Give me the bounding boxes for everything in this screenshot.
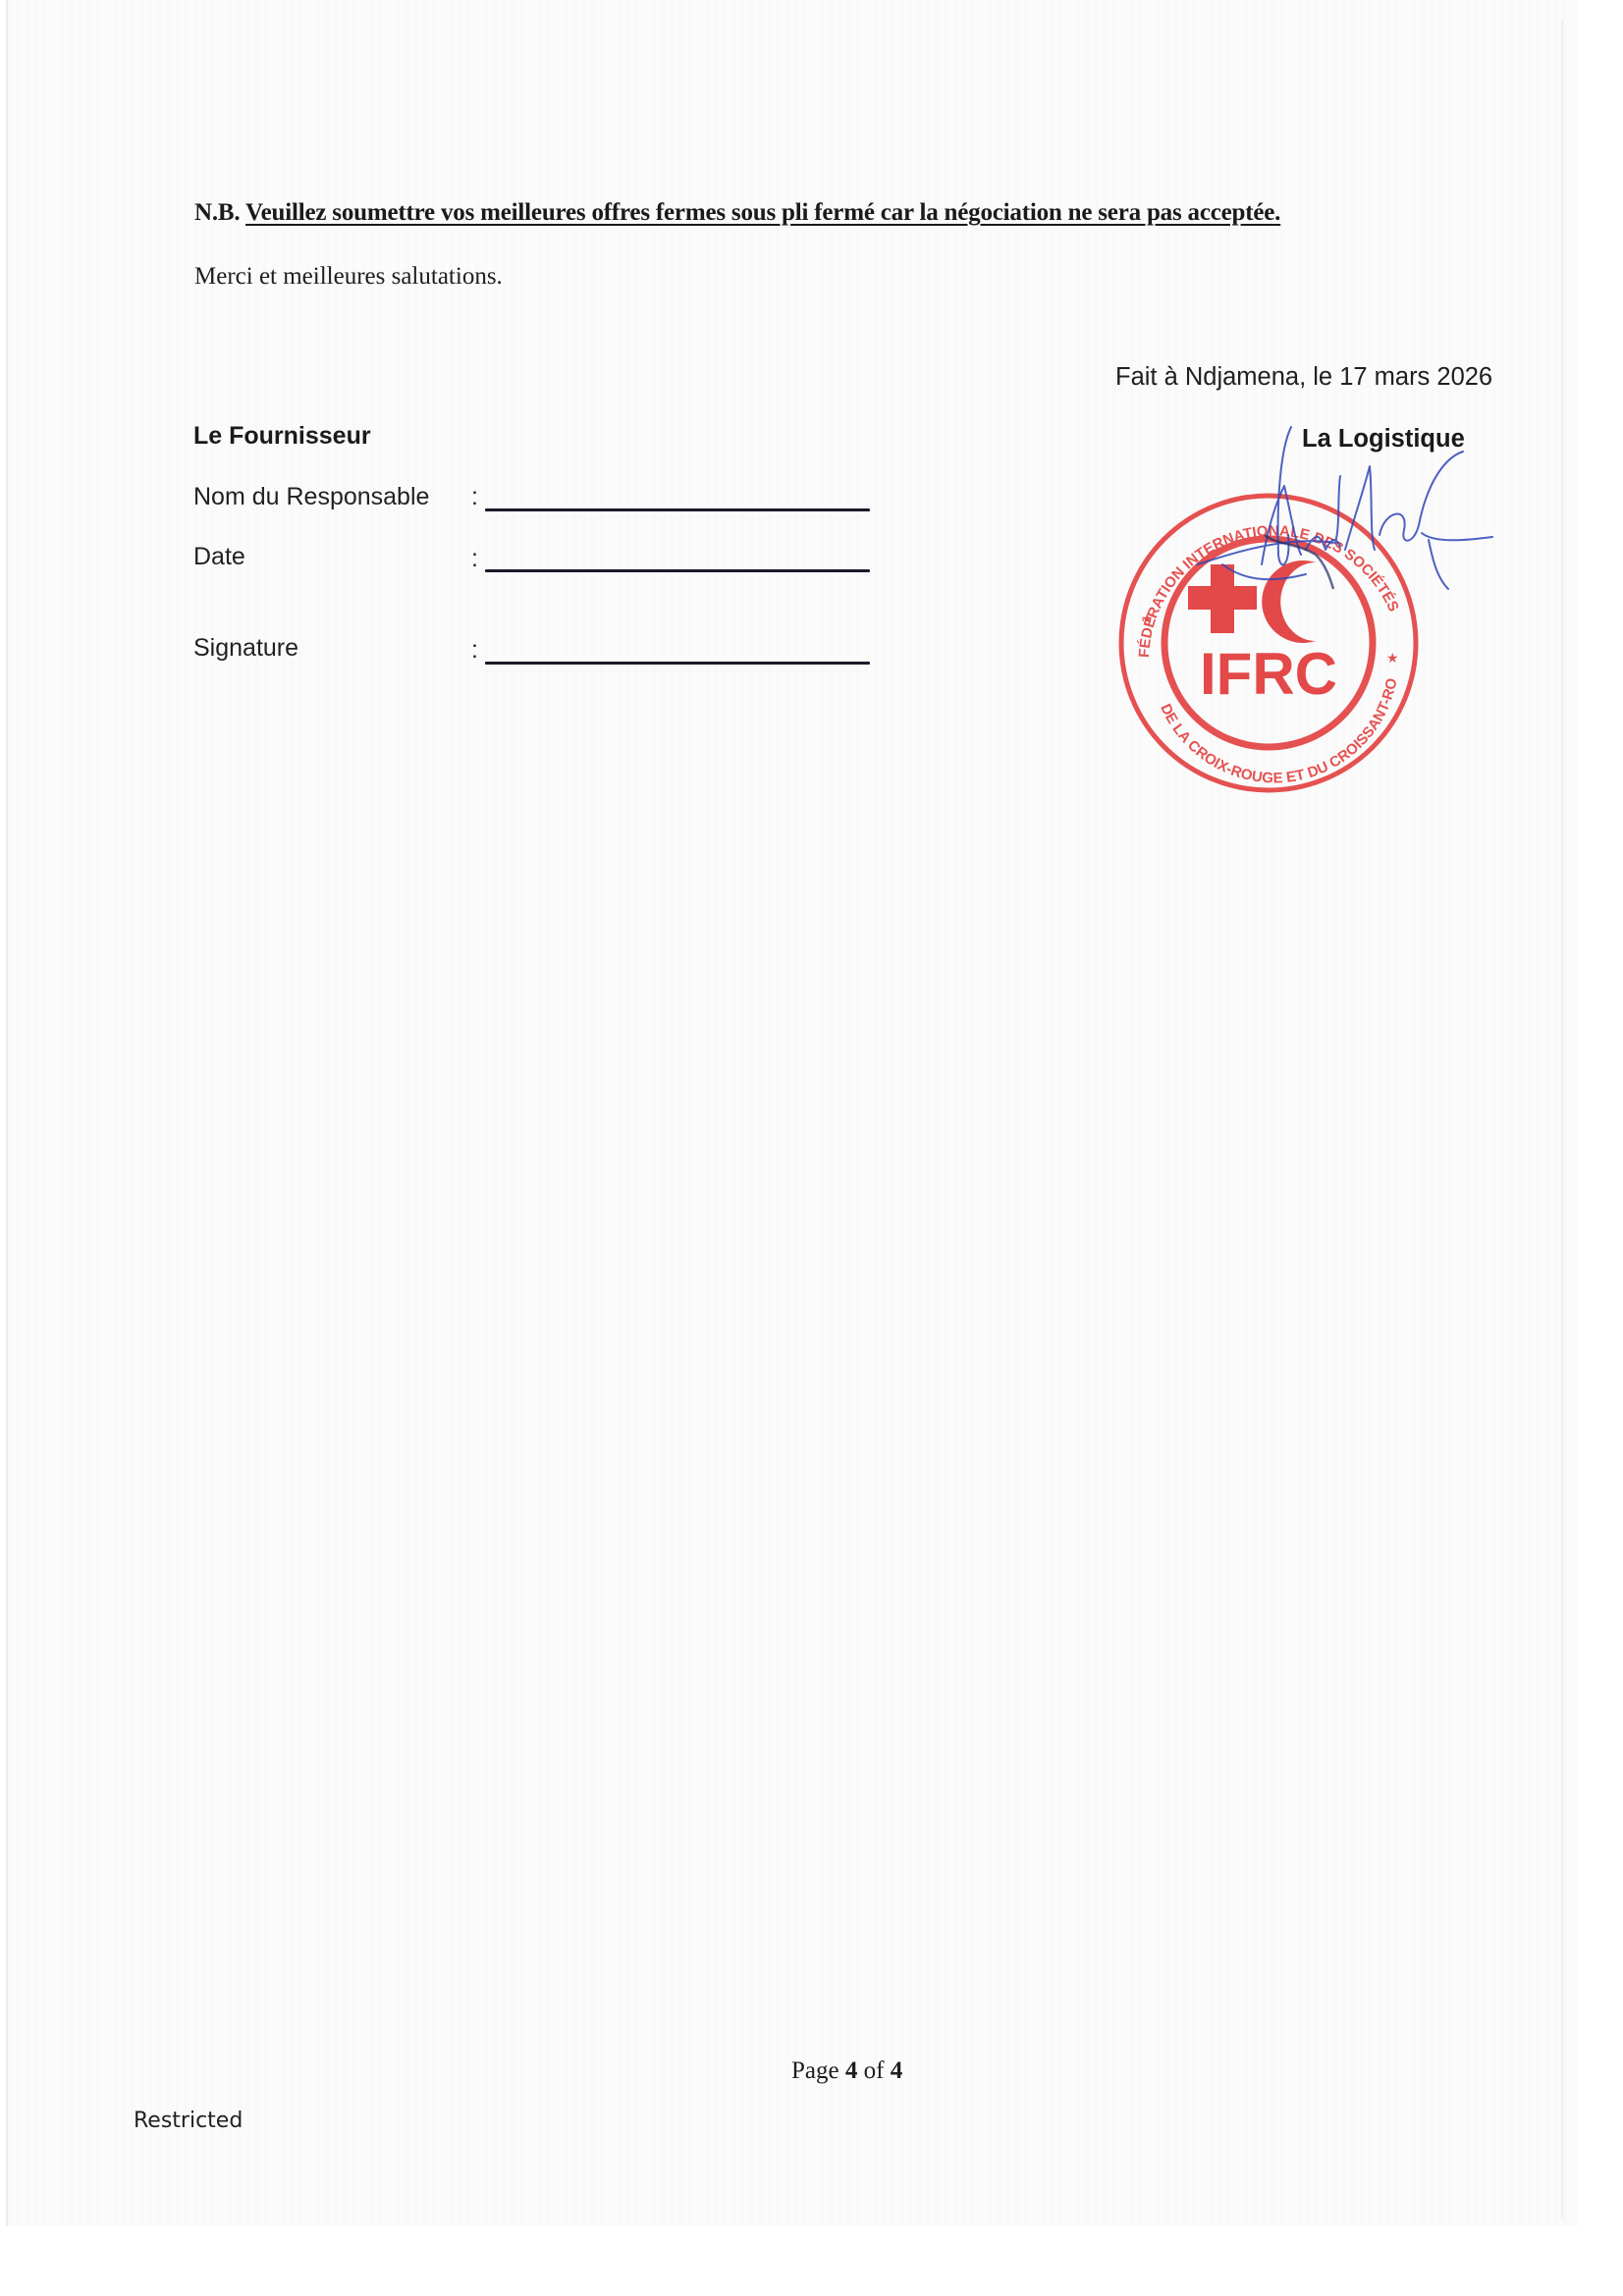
place-and-date: Fait à Ndjamena, le 17 mars 2026 xyxy=(1115,363,1492,392)
responsible-name-blank-line[interactable] xyxy=(485,508,870,511)
svg-text:★: ★ xyxy=(1141,611,1154,626)
scan-artifact-line xyxy=(1561,20,1563,2218)
scan-edge xyxy=(6,0,8,2226)
stamp-acronym: IFRC xyxy=(1200,641,1337,707)
scanned-page-background xyxy=(8,0,1579,2226)
nb-prefix: N.B. xyxy=(194,199,240,226)
classification-label: Restricted xyxy=(134,2109,243,2133)
page-number: Page 4 of 4 xyxy=(791,2057,902,2085)
supplier-title: Le Fournisseur xyxy=(193,422,371,451)
field-label-date: Date xyxy=(193,543,245,571)
svg-text:★: ★ xyxy=(1386,650,1399,666)
field-colon: : xyxy=(471,483,478,511)
field-colon: : xyxy=(471,545,478,573)
nb-notice: N.B. Veuillez soumettre vos meilleures o… xyxy=(194,199,1280,227)
date-blank-line[interactable] xyxy=(485,569,870,572)
field-colon: : xyxy=(471,636,478,665)
issuer-title: La Logistique xyxy=(1302,425,1465,454)
nb-text: Veuillez soumettre vos meilleures offres… xyxy=(245,199,1280,226)
field-label-responsible-name: Nom du Responsable xyxy=(193,483,429,511)
closing-salutation: Merci et meilleures salutations. xyxy=(194,263,503,291)
field-label-signature: Signature xyxy=(193,634,298,663)
signature-blank-line[interactable] xyxy=(485,662,870,665)
